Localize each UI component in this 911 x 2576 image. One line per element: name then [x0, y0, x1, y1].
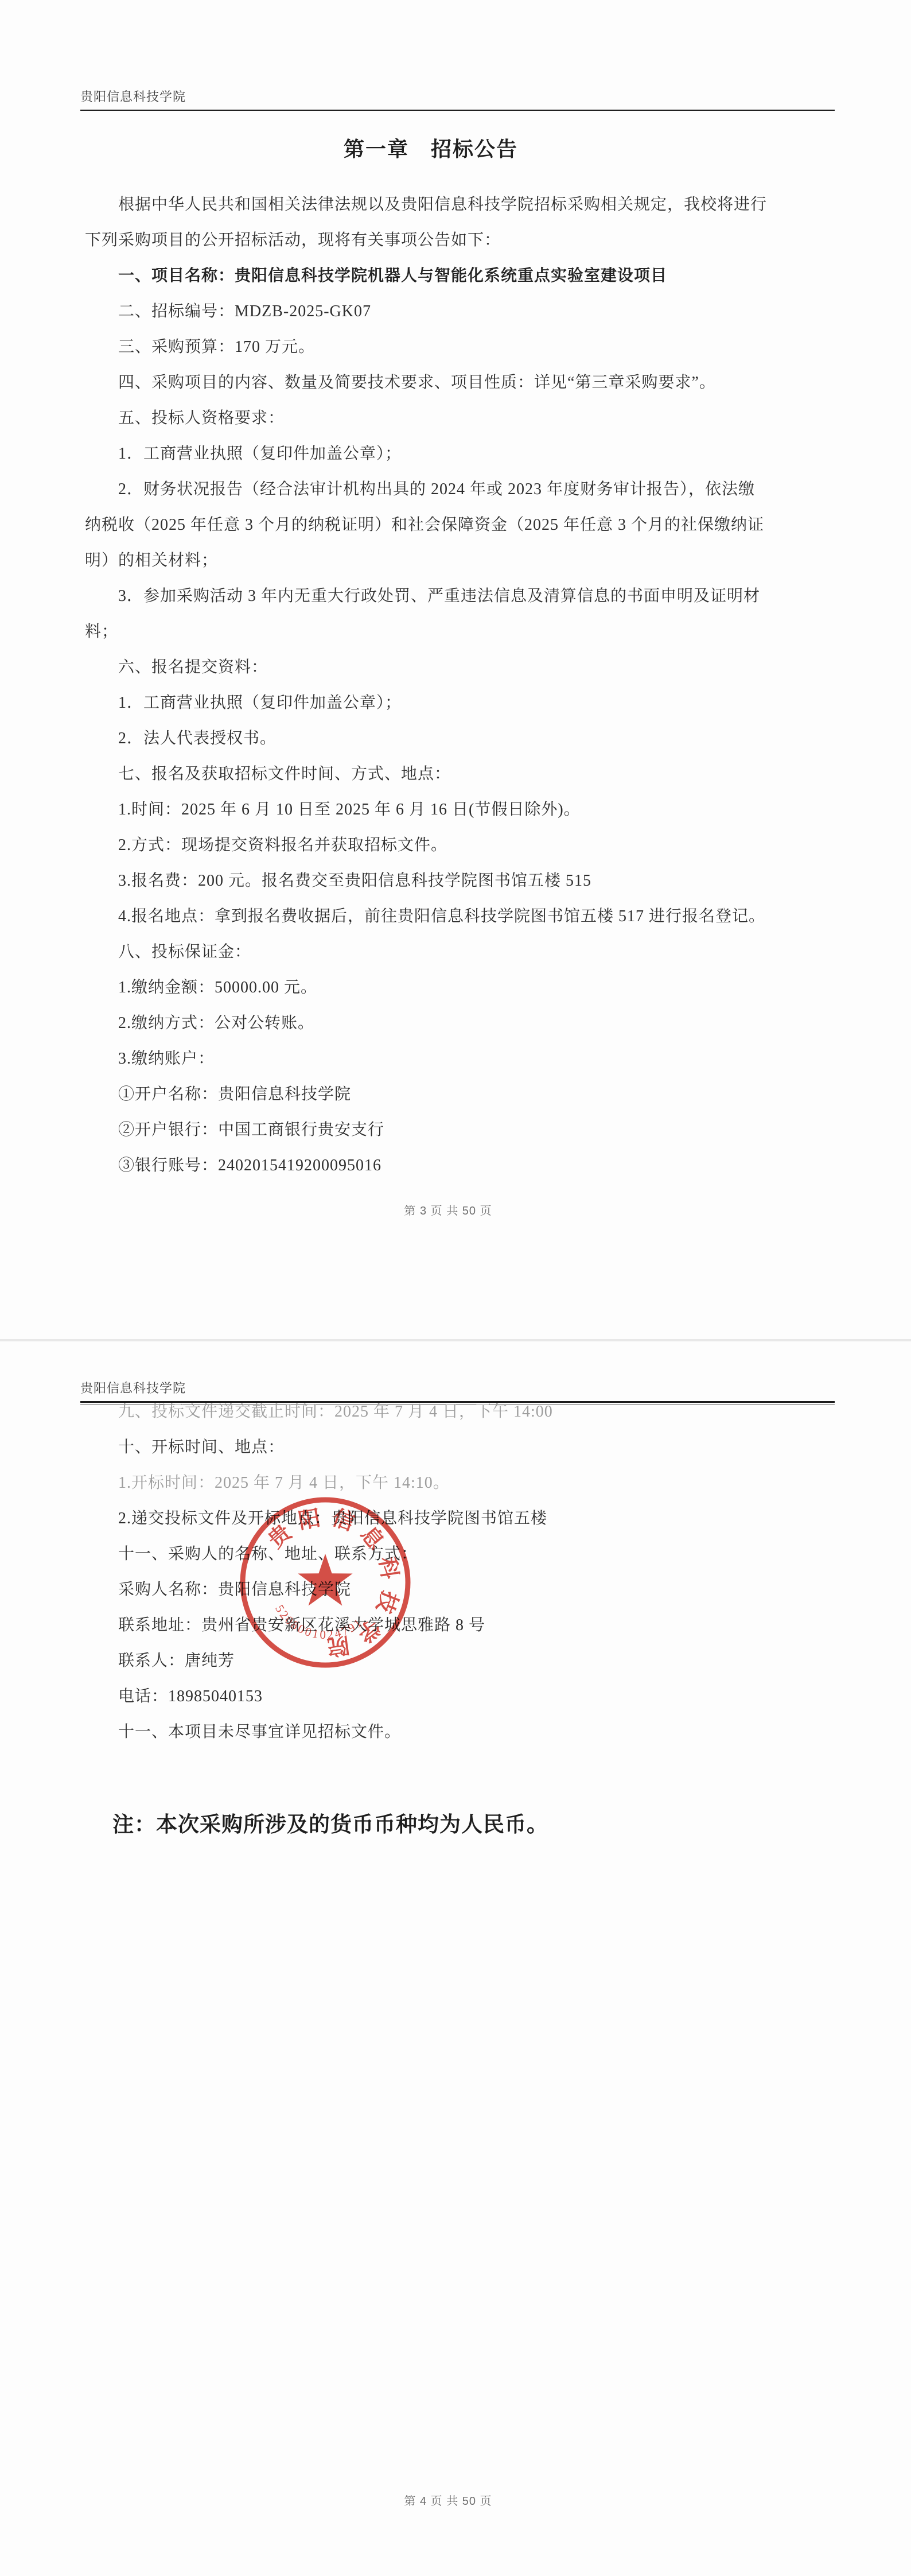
text-line: 2.递交投标文件及开标地点：贵阳信息科技学院图书馆五楼: [85, 1509, 898, 1528]
text-line: 下列采购项目的公开招标活动，现将有关事项公告如下：: [85, 231, 865, 250]
text-line: 2．法人代表授权书。: [85, 729, 898, 748]
chapter-title: 第一章 招标公告: [0, 133, 862, 162]
text-line: 十、开标时间、地点：: [85, 1438, 898, 1457]
text-line: 1.缴纳金额：50000.00 元。: [85, 978, 898, 998]
text-line: ①开户名称：贵阳信息科技学院: [85, 1085, 898, 1104]
text-line: 采购人名称：贵阳信息科技学院: [85, 1580, 898, 1600]
text-line: 料；: [85, 622, 865, 642]
text-line: 1．工商营业执照（复印件加盖公章）；: [85, 693, 898, 713]
text-line: 电话：18985040153: [85, 1687, 898, 1706]
text-line: 3.报名费：200 元。报名费交至贵阳信息科技学院图书馆五楼 515: [85, 871, 898, 891]
text-line: 3.缴纳账户：: [85, 1049, 898, 1069]
text-line: 1.开标时间：2025 年 7 月 4 日，下午 14:10。: [85, 1473, 898, 1493]
text-line: 四、采购项目的内容、数量及简要技术要求、项目性质：详见“第三章采购要求”。: [85, 373, 898, 393]
page1-footer-page-number: 第 3 页 共 50 页: [0, 1201, 896, 1218]
text-line: 1．工商营业执照（复印件加盖公章）；: [85, 444, 898, 464]
text-line: 2．财务状况报告（经合法审计机构出具的 2024 年或 2023 年度财务审计报…: [85, 480, 898, 499]
text-line: 六、报名提交资料：: [85, 658, 898, 677]
seal-star-icon: [298, 1554, 352, 1606]
text-line: 二、招标编号：MDZB-2025-GK07: [85, 302, 898, 321]
text-line: 十一、采购人的名称、地址、联系方式：: [85, 1545, 898, 1564]
text-line: 七、报名及获取招标文件时间、方式、地点：: [85, 765, 898, 784]
text-line: 明）的相关材料；: [85, 551, 865, 571]
text-line: 九、投标文件递交截止时间：2025 年 7 月 4 日，下午 14:00: [85, 1402, 898, 1422]
text-line: 十一、本项目未尽事宜详见招标文件。: [85, 1722, 898, 1742]
page2-header-school-name: 贵阳信息科技学院: [80, 1379, 186, 1396]
text-line: 纳税收（2025 年任意 3 个月的纳税证明）和社会保障资金（2025 年任意 …: [85, 515, 865, 535]
text-line: 2.方式：现场提交资料报名并获取招标文件。: [85, 836, 898, 855]
text-line: 3．参加采购活动 3 年内无重大行政处罚、严重违法信息及清算信息的书面申明及证明…: [85, 587, 898, 606]
text-line: 4.报名地点：拿到报名费收据后，前往贵阳信息科技学院图书馆五楼 517 进行报名…: [85, 907, 898, 926]
page2-footer-page-number: 第 4 页 共 50 页: [0, 2492, 896, 2508]
text-line: 五、投标人资格要求：: [85, 409, 898, 428]
currency-note: 注：本次采购所涉及的货币币种均为人民币。: [112, 1807, 548, 1838]
text-line: 一、项目名称：贵阳信息科技学院机器人与智能化系统重点实验室建设项目: [85, 266, 898, 286]
text-line: 联系人：唐纯芳: [85, 1651, 898, 1671]
text-line: 联系地址：贵州省贵安新区花溪大学城思雅路 8 号: [85, 1616, 898, 1635]
page1-header-rule: [80, 110, 835, 111]
text-line: 八、投标保证金：: [85, 942, 898, 962]
text-line: ③银行账号：2402015419200095016: [85, 1156, 898, 1176]
page1-header-school-name: 贵阳信息科技学院: [80, 87, 186, 105]
text-line: 2.缴纳方式：公对公转账。: [85, 1014, 898, 1033]
text-line: 根据中华人民共和国相关法律法规以及贵阳信息科技学院招标采购相关规定，我校将进行: [85, 195, 898, 215]
text-line: ②开户银行：中国工商银行贵安支行: [85, 1120, 898, 1140]
official-seal-stamp: 贵阳信息科技学院 5208001024791: [233, 1491, 417, 1674]
text-line: 1.时间：2025 年 6 月 10 日至 2025 年 6 月 16 日(节假…: [85, 800, 898, 820]
page-break-divider: [0, 1339, 911, 1341]
text-line: 三、采购预算：170 万元。: [85, 337, 898, 357]
